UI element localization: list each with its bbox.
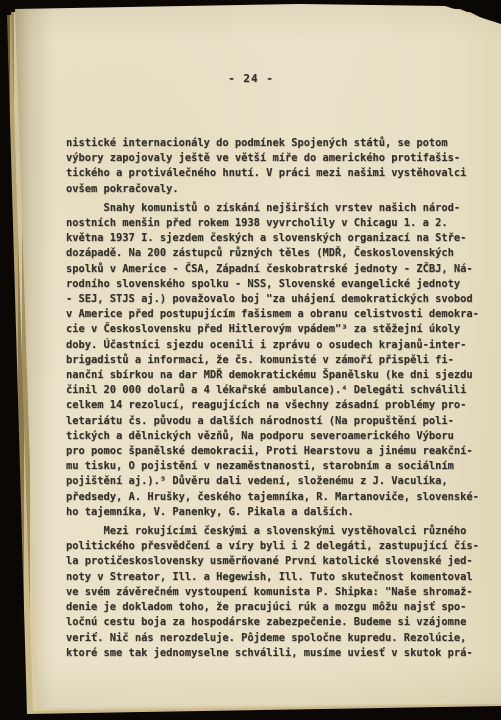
text-line: nostních menšin před rokem 1938 vyvrchol… xyxy=(66,216,478,231)
text-line: rodního slovenského spolku - NSS, Sloven… xyxy=(66,277,478,292)
text-line: cie v Československu před Hitlerovým vpá… xyxy=(66,322,478,337)
text-line: ovšem pokračovaly. xyxy=(66,182,478,197)
text-line: výbory zapojovaly ještě ve větší míře do… xyxy=(66,151,478,166)
text-line: května 1937 I. sjezdem českých a slovens… xyxy=(66,231,478,246)
text-line: brigadistů a informaci, že čs. komunisté… xyxy=(66,353,478,368)
paragraph: nistické internacionály do podmínek Spoj… xyxy=(66,136,478,197)
text-line: ktoré sme tak jednomyselne schválili, mu… xyxy=(66,646,478,661)
text-line: ve svém závěrečném vystoupení komunista … xyxy=(66,585,478,600)
text-line: denie je dokladom toho, že pracujúci rúk… xyxy=(66,600,478,615)
text-line: Snahy komunistů o získání nejširších vrs… xyxy=(66,201,478,216)
text-line: tického a protiválečného hnutí. V práci … xyxy=(66,166,478,181)
text-line: - SEJ, STJS aj.) považovalo boj "za uháj… xyxy=(66,292,478,307)
text-line: veriť. Nič nás nerozdeluje. Pôjdeme spol… xyxy=(66,631,478,646)
text-line: Mezi rokujícími českými a slovenskými vy… xyxy=(66,524,478,539)
text-line: celkem 14 rezolucí, reagujících na všech… xyxy=(66,398,478,413)
text-body: nistické internacionály do podmínek Spoj… xyxy=(66,136,478,661)
book-page: - 24 - nistické internacionály do podmín… xyxy=(0,0,501,720)
text-line: politického přesvědčení a víry byli i 2 … xyxy=(66,539,478,554)
text-line: pojištění aj.).⁵ Důvěru dali vedení, slo… xyxy=(66,474,478,489)
text-line: nanční sbírkou na dar MDŘ demokratickému… xyxy=(66,368,478,383)
text-line: dozápadě. Na 200 zástupců různých těles … xyxy=(66,246,478,261)
text-line: předsedy, A. Hrušky, českého tajemníka, … xyxy=(66,490,478,505)
paragraph: Mezi rokujícími českými a slovenskými vy… xyxy=(66,524,478,661)
paragraph: Snahy komunistů o získání nejširších vrs… xyxy=(66,201,478,520)
text-line: ločnú cestu boja za hospodárske zabezpeč… xyxy=(66,615,478,630)
text-line: noty v Streator, Ill. a Hegewish, Ill. T… xyxy=(66,570,478,585)
scanned-book-page: - 24 - nistické internacionály do podmín… xyxy=(0,0,501,720)
text-line: činil 20 000 dolarů a 4 lékařské ambulan… xyxy=(66,383,478,398)
text-line: nistické internacionály do podmínek Spoj… xyxy=(66,136,478,151)
text-line: letariátu čs. původu a dalších národnost… xyxy=(66,414,478,429)
text-line: mu tisku, O pojistění v nezaměstnanosti,… xyxy=(66,459,478,474)
text-line: v Americe před postupujícím fašismem a o… xyxy=(66,307,478,322)
text-line: pro pomoc španělské demokracii, Proti He… xyxy=(66,444,478,459)
text-line: tických a dělnických vězňů, Na podporu s… xyxy=(66,429,478,444)
text-line: doby. Účastníci sjezdu ocenili i zprávu … xyxy=(66,338,478,353)
text-line: spolků v Americe - ČSA, Západní českobra… xyxy=(66,262,478,277)
text-line: ho tajemníka, V. Panenky, G. Pikala a da… xyxy=(66,505,478,520)
text-line: la protičeskoslovensky usměrňované První… xyxy=(66,554,478,569)
page-number: - 24 - xyxy=(66,72,436,85)
